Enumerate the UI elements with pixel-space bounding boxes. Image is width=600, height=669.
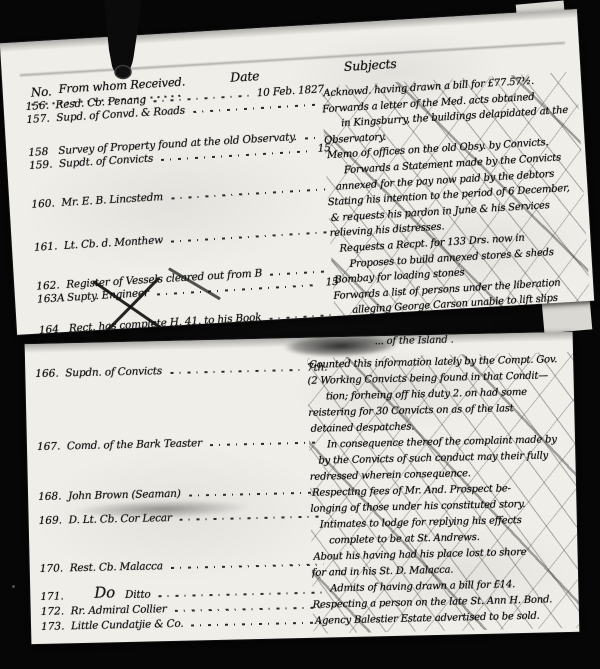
dust-speck	[12, 585, 15, 588]
column-headers: No. From whom Received. Date Subjects	[0, 9, 577, 43]
from-whom-value: Rr. Admiral Collier	[71, 603, 167, 617]
table-row: 170. Rest. Cb. Malacca	[40, 555, 332, 575]
leader-dots	[159, 592, 325, 598]
leader-dots	[170, 369, 299, 374]
leader-dots	[269, 314, 332, 320]
leader-dots	[171, 231, 328, 242]
leader-dots	[305, 136, 322, 139]
register-rows-top: 156. Resd. Cb. Penang 10 Feb. 1827. 157.…	[25, 78, 341, 335]
leader-dots	[161, 150, 310, 161]
leader-dots	[171, 564, 324, 569]
leader-dots	[193, 104, 320, 114]
from-whom-value: Rest. Cb. Malacca	[70, 560, 163, 574]
from-whom-value: Lt. Cb. d. Monthew	[64, 234, 164, 252]
entry-number: 156.	[25, 99, 56, 113]
ink-blotch	[277, 336, 405, 359]
from-whom-value: Mr. E. B. Lincstedm	[61, 191, 163, 209]
leader-dots	[157, 284, 318, 296]
entry-number: 172.	[41, 605, 71, 618]
leader-dots	[191, 622, 325, 627]
entry-number: 157.	[26, 112, 57, 126]
entry-number: 171.	[40, 590, 70, 603]
entry-number: 161.	[34, 240, 65, 254]
table-row: 160. Mr. E. B. Lincstedm	[31, 180, 333, 211]
subjects-column-top: Acknowd. having drawn a bill for £77.57½…	[321, 71, 591, 322]
entry-number: 160.	[31, 197, 62, 211]
register-page-top: No. From whom Received. Date Subjects 15…	[0, 9, 594, 335]
table-row: 167. Comd. of the Bark Teaster	[37, 433, 329, 453]
leader-dots	[210, 442, 321, 447]
table-row: 164 Rect. has complete H. 41. to his Boo…	[39, 306, 341, 335]
entry-number: 158	[28, 145, 59, 159]
entry-number: 170.	[40, 562, 70, 575]
from-whom-value: Comd. of the Bark Teaster	[67, 437, 202, 452]
leader-dots	[175, 607, 325, 612]
entry-number: 159.	[29, 158, 60, 172]
ditto-mark: Do	[94, 583, 115, 601]
entry-number: 173.	[41, 620, 71, 633]
register-rows-bottom: 166. Supdn. of Convicts 7th. 167. Comd. …	[35, 337, 333, 633]
from-whom-value: Ditto	[125, 588, 151, 601]
from-whom-value: Rect. has complete H. 41. to his Book	[69, 311, 262, 334]
table-row: 166. Supdn. of Convicts 7th.	[35, 360, 327, 380]
scanned-document-photo: No. From whom Received. Date Subjects 15…	[0, 0, 600, 669]
entry-number: 164	[39, 323, 70, 335]
entry-number: 166.	[35, 367, 65, 380]
entry-number: 163A	[37, 292, 68, 306]
column-header-subjects: Subjects	[343, 56, 397, 74]
subjects-column-bottom: Counted this information lately by the C…	[307, 351, 579, 633]
table-row: 161. Lt. Cb. d. Monthew	[34, 223, 336, 254]
entry-number: 167.	[37, 440, 67, 453]
from-whom-value: Little Cundatjie & Co.	[71, 618, 184, 633]
leader-dots	[189, 492, 322, 497]
from-whom-value: Supdn. of Convicts	[65, 365, 162, 379]
leader-dots	[171, 188, 325, 199]
register-page-bottom: ... of the Island . 166. Supdn. of Convi…	[25, 332, 580, 644]
binder-clip-icon	[96, 0, 152, 102]
entry-number: 162.	[36, 279, 67, 293]
